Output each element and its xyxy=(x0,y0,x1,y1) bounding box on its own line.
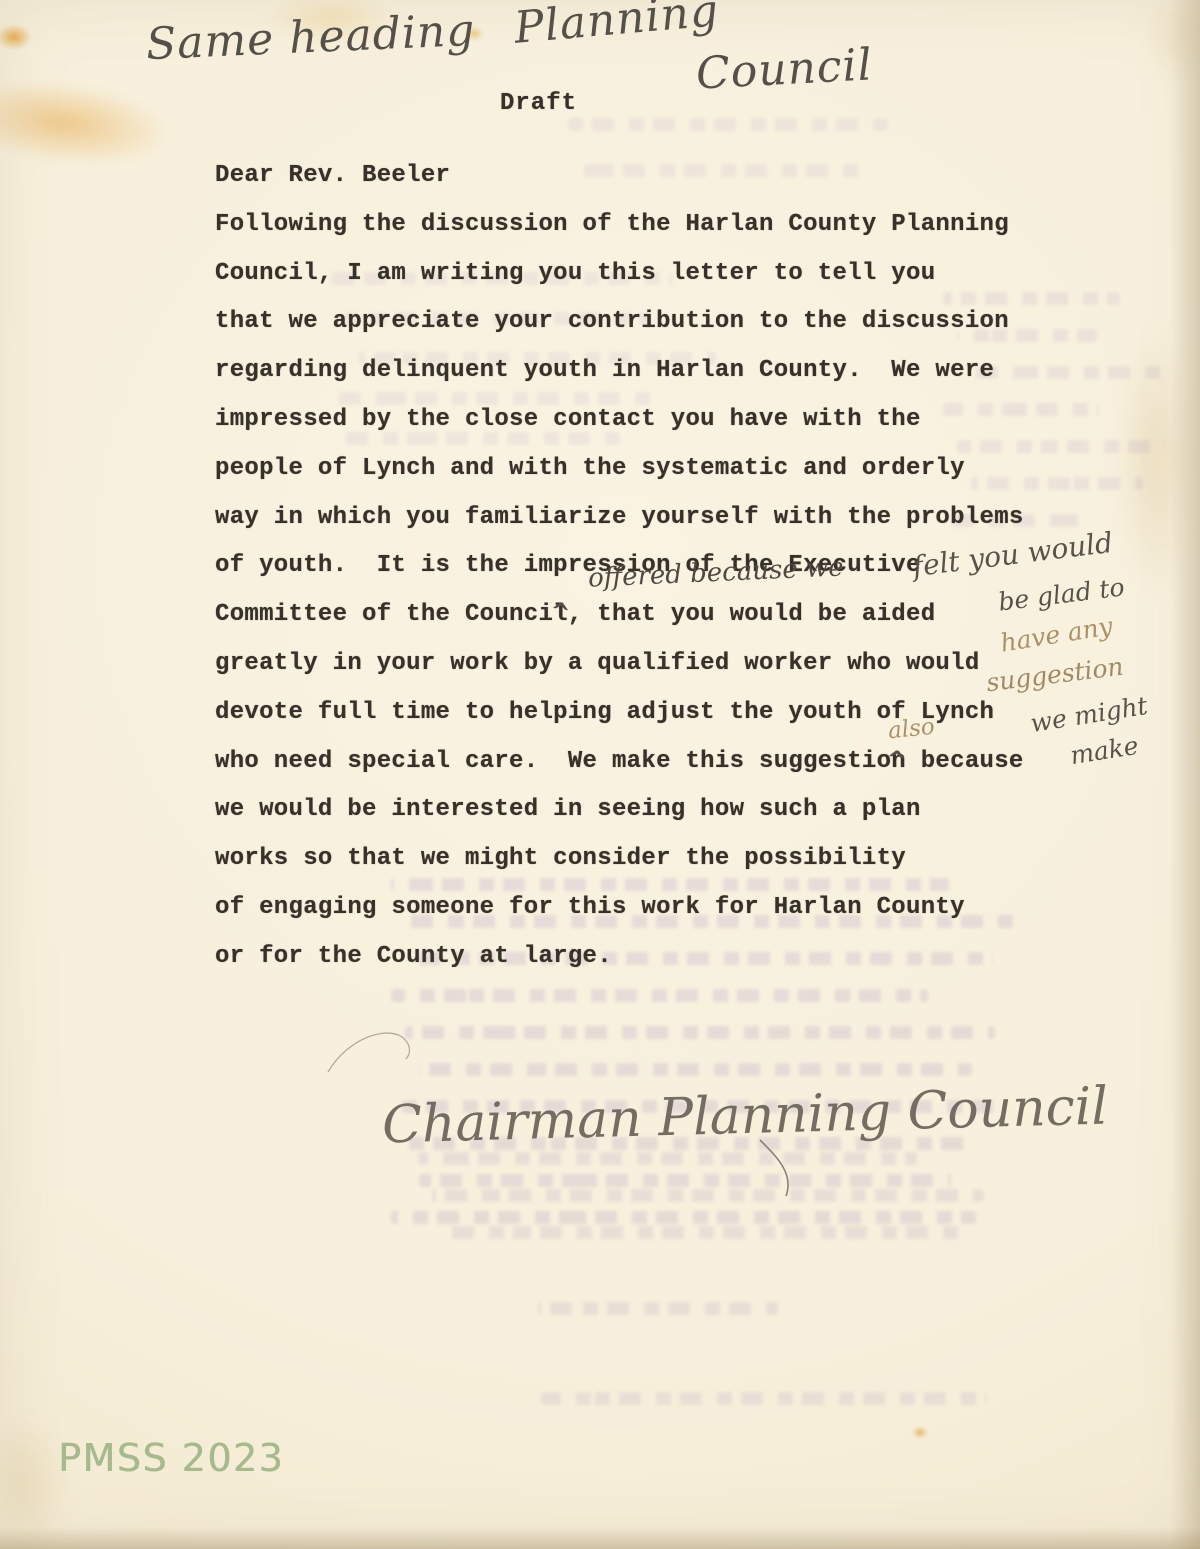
letter-line: way in which you familiarize yourself wi… xyxy=(215,494,1024,543)
bleedthrough-line xyxy=(391,989,928,1002)
bleedthrough-line xyxy=(541,1392,987,1405)
draft-label: Draft xyxy=(500,90,577,117)
scanned-letter-page: Same heading Planning Council Draft Dear… xyxy=(0,0,1200,1549)
bleedthrough-line xyxy=(391,1211,976,1224)
handwritten-heading-note: Planning xyxy=(512,0,721,54)
letter-line: works so that we might consider the poss… xyxy=(215,835,1024,884)
letter-line: regarding delinquent youth in Harlan Cou… xyxy=(215,347,1024,396)
paper-stain xyxy=(912,1426,928,1439)
scan-edge-shadow xyxy=(0,1527,1200,1549)
bleedthrough-line xyxy=(419,1063,972,1076)
letter-line: people of Lynch and with the systematic … xyxy=(215,445,1024,494)
bleedthrough-line xyxy=(405,1026,995,1039)
paper-stain xyxy=(0,24,32,50)
bleedthrough-line xyxy=(432,1189,984,1202)
letter-line: Dear Rev. Beeler xyxy=(215,152,1024,201)
letter-line: Committee of the Council, that you would… xyxy=(215,591,1024,640)
bleedthrough-line xyxy=(419,1174,951,1187)
paper-stain xyxy=(0,69,175,177)
bleedthrough-line xyxy=(538,1302,778,1315)
letter-line: impressed by the close contact you have … xyxy=(215,396,1024,445)
archive-watermark: PMSS 2023 xyxy=(58,1436,284,1480)
bleedthrough-line xyxy=(568,118,888,131)
scan-edge-shadow xyxy=(1170,0,1200,1549)
bleedthrough-line xyxy=(446,1226,961,1239)
letter-line: Council, I am writing you this letter to… xyxy=(215,250,1024,299)
letter-line: or for the County at large. xyxy=(215,933,1024,982)
handwritten-heading-note: Same heading xyxy=(145,5,476,70)
handwritten-heading-note: Council xyxy=(695,39,874,99)
handwritten-margin-note: make xyxy=(1068,731,1140,770)
letter-line: of engaging someone for this work for Ha… xyxy=(215,884,1024,933)
bleedthrough-line xyxy=(418,1152,917,1165)
letter-line: we would be interested in seeing how suc… xyxy=(215,786,1024,835)
letter-line: greatly in your work by a qualified work… xyxy=(215,640,1024,689)
handwritten-also-insertion: also xyxy=(887,714,936,745)
handwritten-signature: Chairman Planning Council xyxy=(381,1077,1108,1156)
letter-line: that we appreciate your contribution to … xyxy=(215,298,1024,347)
letter-line: Following the discussion of the Harlan C… xyxy=(215,201,1024,250)
